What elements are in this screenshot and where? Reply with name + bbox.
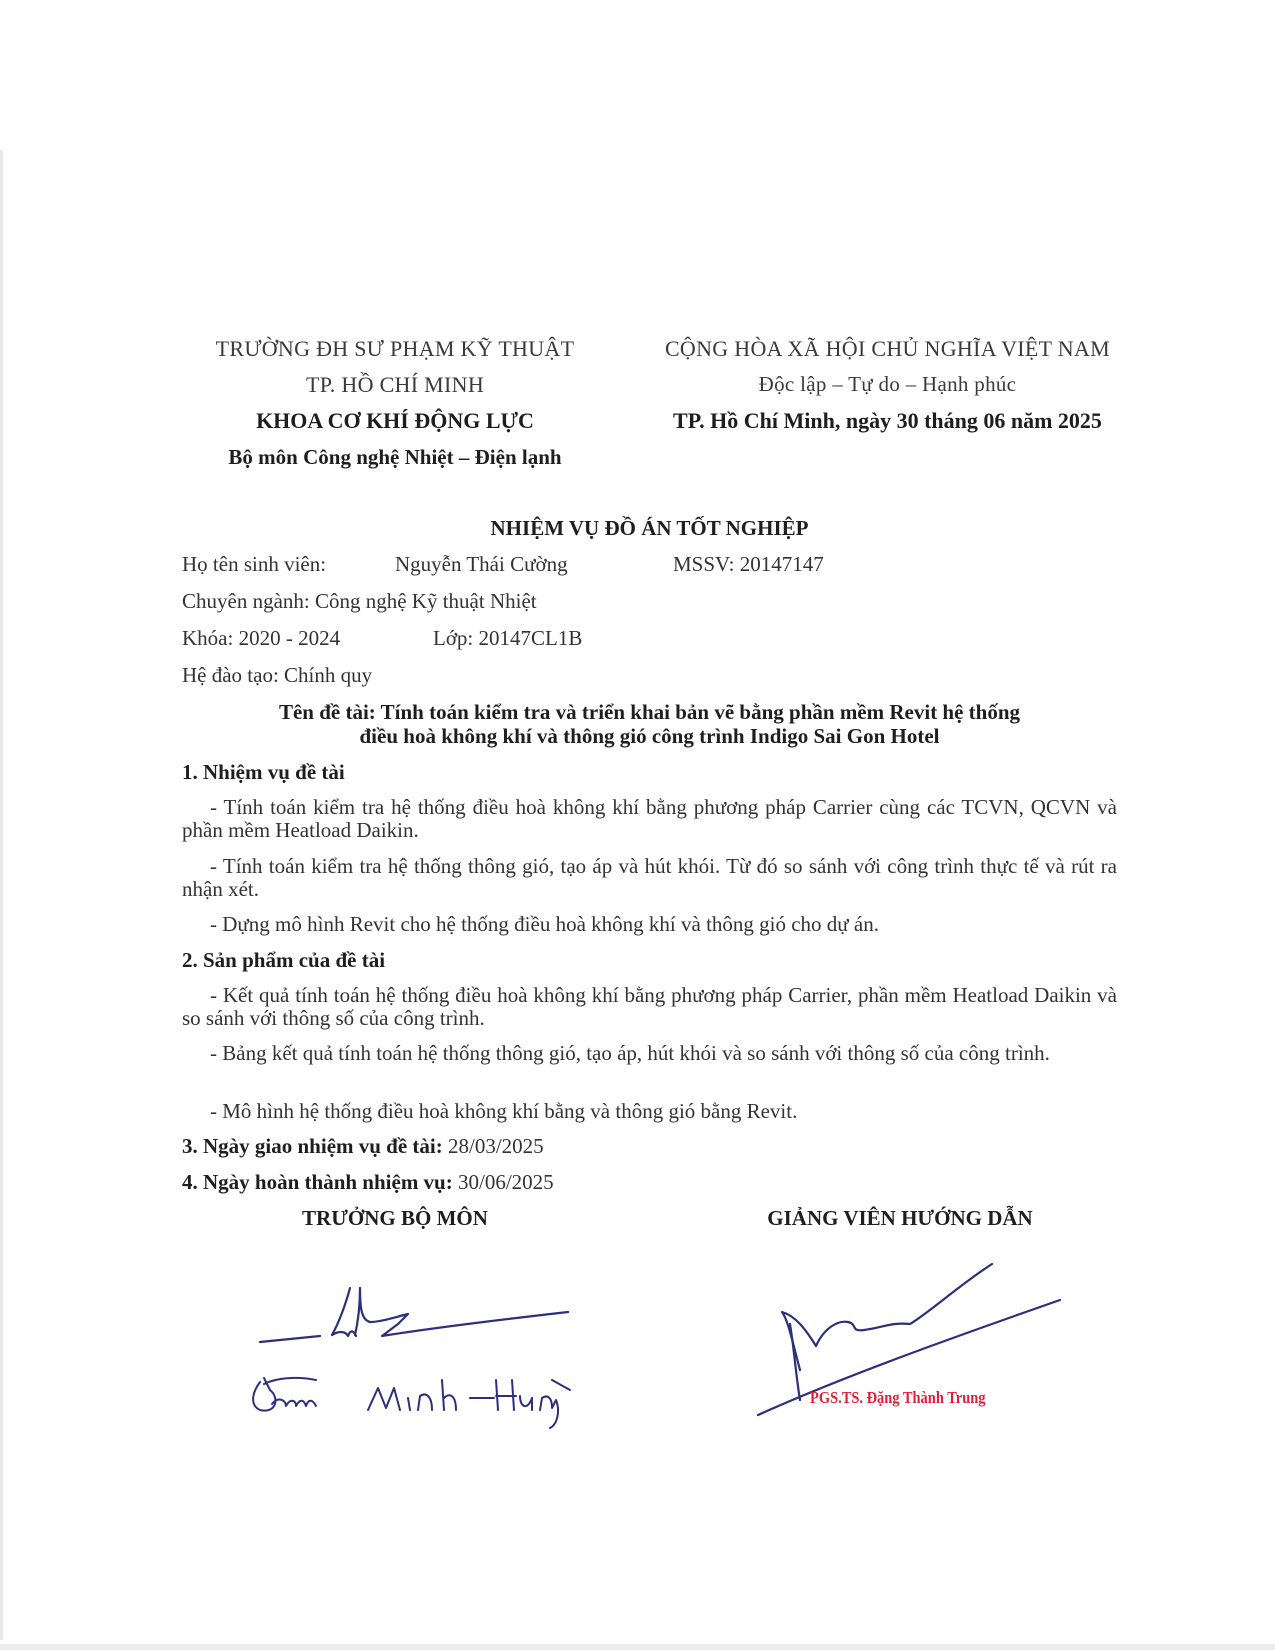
student-id: MSSV: 20147147 bbox=[673, 552, 824, 577]
section-2-heading: 2. Sản phẩm của đề tài bbox=[182, 948, 385, 973]
section-1-item-text: - Dựng mô hình Revit cho hệ thống điều h… bbox=[210, 912, 879, 936]
topic-line-1: Tên đề tài: Tính toán kiểm tra và triển … bbox=[182, 700, 1117, 724]
supervisor-title: GIẢNG VIÊN HƯỚNG DẪN bbox=[715, 1206, 1085, 1231]
page-edge bbox=[0, 150, 3, 1640]
head-of-department-signature bbox=[220, 1280, 600, 1430]
training-program: Hệ đào tạo: Chính quy bbox=[182, 663, 372, 688]
student-name-value: Nguyễn Thái Cường bbox=[395, 552, 568, 577]
completion-date-value: 30/06/2025 bbox=[458, 1170, 554, 1194]
student-cohort: Khóa: 2020 - 2024 bbox=[182, 626, 340, 651]
document-date: TP. Hồ Chí Minh, ngày 30 tháng 06 năm 20… bbox=[630, 408, 1145, 434]
university-name: TRƯỜNG ĐH SƯ PHẠM KỸ THUẬT bbox=[190, 336, 600, 362]
university-city: TP. HỒ CHÍ MINH bbox=[190, 372, 600, 398]
section-1-item-text: - Tính toán kiểm tra hệ thống thông gió,… bbox=[182, 854, 1117, 901]
section-2-item: - Kết quả tính toán hệ thống điều hoà kh… bbox=[182, 984, 1117, 1030]
completion-date-label: 4. Ngày hoàn thành nhiệm vụ: bbox=[182, 1170, 453, 1194]
assignment-date-value: 28/03/2025 bbox=[448, 1134, 544, 1158]
section-1-item: - Dựng mô hình Revit cho hệ thống điều h… bbox=[182, 913, 1117, 936]
section-1-heading: 1. Nhiệm vụ đề tài bbox=[182, 760, 345, 785]
section-1-item: - Tính toán kiểm tra hệ thống điều hoà k… bbox=[182, 796, 1117, 842]
country-name: CỘNG HÒA XÃ HỘI CHỦ NGHĨA VIỆT NAM bbox=[630, 336, 1145, 362]
completion-date: 4. Ngày hoàn thành nhiệm vụ: 30/06/2025 bbox=[182, 1170, 554, 1195]
motto: Độc lập – Tự do – Hạnh phúc bbox=[630, 372, 1145, 397]
supervisor-stamp: PGS.TS. Đặng Thành Trung bbox=[810, 1388, 985, 1408]
topic-line-2: điều hoà không khí và thông gió công trì… bbox=[182, 724, 1117, 748]
student-name-label: Họ tên sinh viên: bbox=[182, 552, 326, 577]
document-title: NHIỆM VỤ ĐỒ ÁN TỐT NGHIỆP bbox=[182, 516, 1117, 541]
section-2-item-text: - Bảng kết quả tính toán hệ thống thông … bbox=[210, 1041, 1050, 1065]
student-major: Chuyên ngành: Công nghệ Kỹ thuật Nhiệt bbox=[182, 589, 537, 614]
head-of-department-title: TRƯỞNG BỘ MÔN bbox=[230, 1206, 560, 1231]
faculty-name: KHOA CƠ KHÍ ĐỘNG LỰC bbox=[190, 408, 600, 434]
section-1-item-text: - Tính toán kiểm tra hệ thống điều hoà k… bbox=[182, 795, 1117, 842]
section-2-item: - Bảng kết quả tính toán hệ thống thông … bbox=[182, 1042, 1117, 1065]
page-edge-bottom bbox=[0, 1644, 1275, 1650]
section-2-item: - Mô hình hệ thống điều hoà không khí bằ… bbox=[182, 1100, 1117, 1123]
assignment-date-label: 3. Ngày giao nhiệm vụ đề tài: bbox=[182, 1134, 443, 1158]
assignment-date: 3. Ngày giao nhiệm vụ đề tài: 28/03/2025 bbox=[182, 1134, 544, 1159]
section-2-item-text: - Kết quả tính toán hệ thống điều hoà kh… bbox=[182, 983, 1117, 1030]
student-class: Lớp: 20147CL1B bbox=[433, 626, 582, 651]
section-1-item: - Tính toán kiểm tra hệ thống thông gió,… bbox=[182, 855, 1117, 901]
department-name: Bộ môn Công nghệ Nhiệt – Điện lạnh bbox=[190, 445, 600, 470]
section-2-item-text: - Mô hình hệ thống điều hoà không khí bằ… bbox=[210, 1099, 797, 1123]
